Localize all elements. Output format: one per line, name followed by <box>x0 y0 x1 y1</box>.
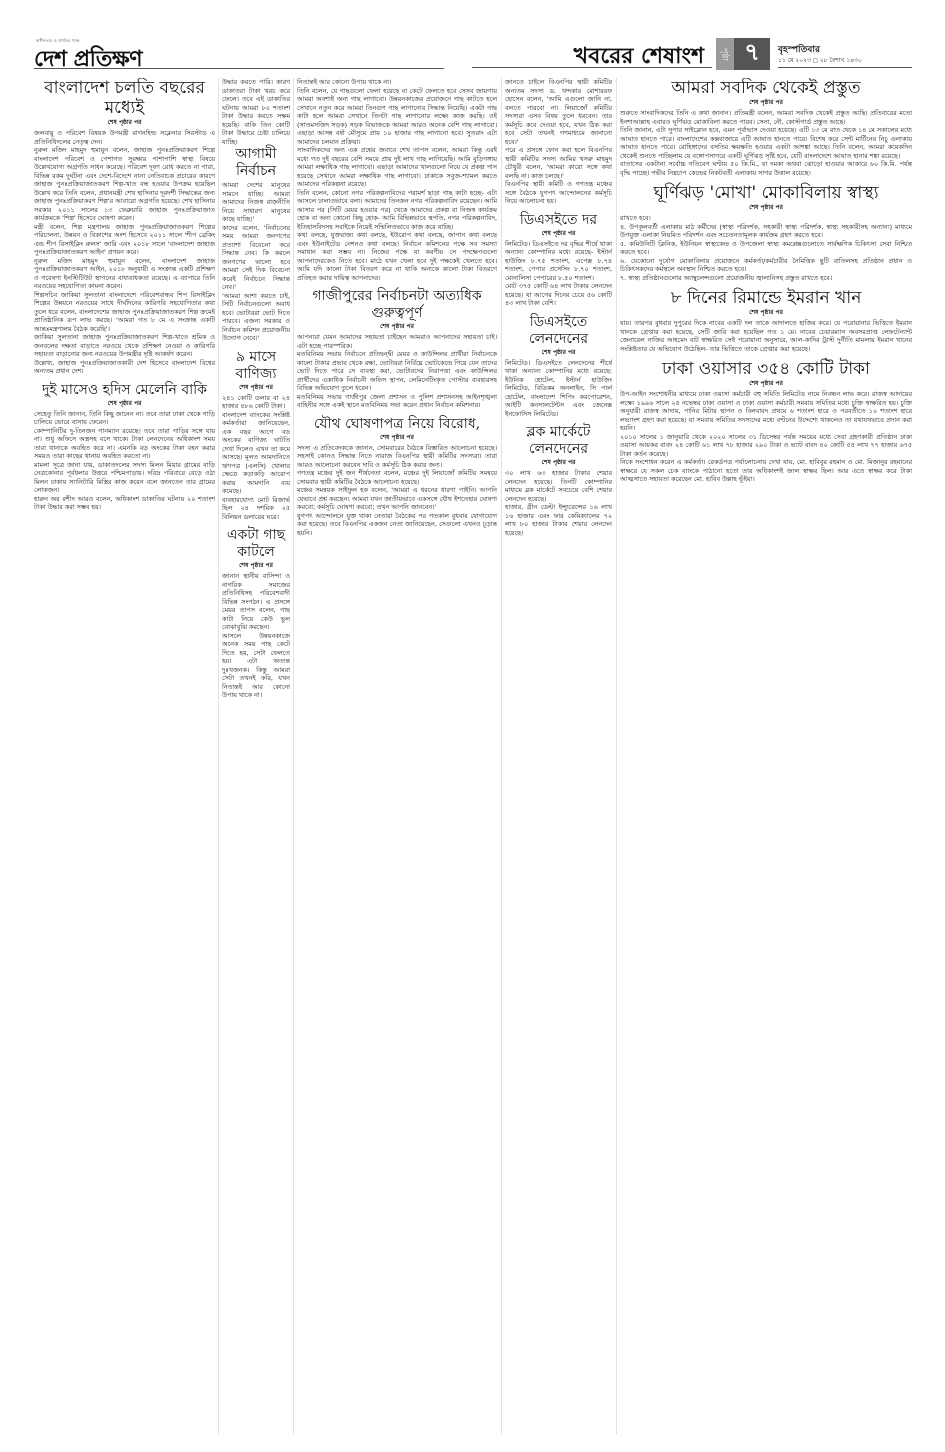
article-two-months: দুই মাসেও হদিস মেলেনি বাকি শেষ পৃষ্ঠার প… <box>34 382 215 512</box>
headline: যৌথ ঘোষণাপত্র নিয়ে বিরোধ, <box>297 416 497 433</box>
headline: দুই মাসেও হদিস মেলেনি বাকি <box>34 382 215 399</box>
paragraph: কথা বলছে, যুক্তরাজ্য কথা বলছে, ইউরোপ কথা… <box>297 231 497 282</box>
paragraph: লিমিটেড। ডিএসইতে দর বৃদ্ধির শীর্ষে থাকা … <box>505 240 612 283</box>
column-5: আমরা সবদিক থেকেই প্রস্তুত শেষ পৃষ্ঠার পর… <box>620 78 912 1434</box>
paragraph: ২৪১ কোটি ডলার বা ২৪ হাজার ৪৮৬ কোটি টাকা। <box>222 394 290 411</box>
headline: ৮ দিনের রিমান্ডে ইমরান খান <box>620 288 912 308</box>
paragraph: ব্যবহারযোগ্য মোট রিজার্ভ ছিল ২৪ দশমিক ২৫… <box>222 496 290 522</box>
paragraph: যায়। তারপর বুধবার দুপুরের দিকে নাবের এক… <box>620 319 912 353</box>
paragraph: কোম্পানিটির দু-তিনজন গানম্যান রয়েছে। তব… <box>34 427 215 461</box>
article-cyclone-health: ঘূর্ণিঝড় 'মোখা' মোকাবিলায় স্বাস্থ্য শে… <box>620 183 912 282</box>
continued-label: শেষ পৃষ্ঠার পর <box>222 384 290 392</box>
paragraph: বাংলাদেশ ব্যাংকের সংশ্লিষ্ট কর্মকর্তারা … <box>222 411 290 496</box>
headline: ডিএসইতে দর <box>505 212 612 229</box>
paragraph: 'আমরা আশা করতে চাই, সিটি নির্বাচনগুলো অব… <box>222 292 290 343</box>
paragraph: বাতাসের একটানা সর্বোচ্চ গতিবেগ ঘণ্টায় ৫… <box>620 160 912 177</box>
column-divider <box>616 78 617 1434</box>
paragraph: ৭. স্বাস্থ্য প্রতিষ্ঠানগুলোর অ্যাম্বুলেন… <box>620 274 912 283</box>
paragraph: উপ-আইন সংশোধনীর মাধ্যমে ঢাকা ওয়াসা কর্ম… <box>620 390 912 433</box>
paragraph: কাদের বলেন, 'নির্বাচনের সময় আমরা জনগণের… <box>222 224 290 292</box>
headline: ডিএসইতে লেনদেনের <box>505 314 612 348</box>
article-tree-cut-continued: নিতান্তই আর কোনো উপায় থাকে না। তিনি বলে… <box>297 78 497 282</box>
paragraph: ২০১০ সালের ১ জানুয়ারি থেকে ২০২০ সালের ৩… <box>620 433 912 459</box>
column-2: উদ্ধার করতে পারি। কারণ ডাকাতরা টাকা খরচ … <box>222 78 290 1434</box>
paragraph: নুরুল মজিদ মাহমুদ হুমায়ুন বলেন, জাহাজ প… <box>34 146 215 223</box>
column-divider <box>218 78 219 1434</box>
paragraph: ৪. উপকূলবর্তী এলাকায় মাঠ কর্মীদের (স্বা… <box>620 223 912 240</box>
article-joint-declaration: যৌথ ঘোষণাপত্র নিয়ে বিরোধ, শেষ পৃষ্ঠার প… <box>297 416 497 538</box>
continued-label: শেষ পৃষ্ঠার পর <box>620 309 912 317</box>
article-gazipur: গাজীপুরের নির্বাচনটা অত্যধিক গুরুত্বপূর্… <box>297 288 497 410</box>
article-imran-khan: ৮ দিনের রিমান্ডে ইমরান খান শেষ পৃষ্ঠার প… <box>620 288 912 353</box>
paragraph: জাকিয়া সুলতানা জাহাজ পুনঃপ্রক্রিয়াজাতক… <box>34 333 215 359</box>
article-committee: জানতে চাইলে বিএনপির স্থায়ী কমিটির অন্যত… <box>505 78 612 206</box>
headline: বাংলাদেশ চলতি বছরের মধ্যেই <box>34 78 215 118</box>
continued-label: শেষ পৃষ্ঠার পর <box>505 459 612 467</box>
headline: ঘূর্ণিঝড় 'মোখা' মোকাবিলায় স্বাস্থ্য <box>620 183 912 203</box>
masthead: স্বাধীনতার ও প্রগতির পক্ষে দেশ প্রতিক্ষণ <box>34 38 444 69</box>
page-label: পৃষ্ঠা <box>716 38 734 70</box>
column-divider <box>501 78 502 1434</box>
continued-label: শেষ পৃষ্ঠার পর <box>620 99 912 107</box>
paragraph: শিল্পসচিব জাকিয়া সুলতানা বাংলাদেশে পরিব… <box>34 291 215 334</box>
headline: ব্লক মার্কেটে লেনদেনের <box>505 424 612 458</box>
section-header: খবরের শেষাংশ পৃষ্ঠা ৭ বৃহস্পতিবার ১১ মে … <box>472 38 912 68</box>
article-wasa: ঢাকা ওয়াসার ৩৫৪ কোটি টাকা শেষ পৃষ্ঠার প… <box>620 359 912 484</box>
continued-label: শেষ পৃষ্ঠার পর <box>505 349 612 357</box>
article-ship-recycling: বাংলাদেশ চলতি বছরের মধ্যেই শেষ পৃষ্ঠার প… <box>34 78 215 376</box>
paragraph: তিনি জানান, এটা সুপার সাইক্লোন হবে, এমন … <box>620 126 912 160</box>
page-number: ৭ <box>734 38 770 70</box>
paragraph: হাজার, গ্রীন ডেল্টা ইন্স্যুরেন্সের ১৬ লা… <box>505 503 612 537</box>
paragraph: ৬. যেকোনো দুর্যোগ মোকাবিলায় প্রয়োজনে ক… <box>620 257 912 274</box>
newspaper-logo: দেশ প্রতিক্ষণ <box>34 42 142 79</box>
paragraph: মন্ত্রী বলেন, শিল্প মন্ত্রণালয় জাহাজ পু… <box>34 223 215 257</box>
article-tree-cut: একটা গাছ কাটলে শেষ পৃষ্ঠার পর জানান স্থা… <box>222 527 290 700</box>
paragraph: সাংবাদিকদের অন্য এক প্রশ্নের জবাবে শেখ ত… <box>297 146 497 189</box>
paragraph: শুরুতে সাংবাদিকদের তিনি এ কথা জানান। প্র… <box>620 109 912 126</box>
paragraph: উদ্ধার করতে পারি। কারণ ডাকাতরা টাকা খরচ … <box>222 78 290 146</box>
paragraph: ৫. কমিউনিটি ক্লিনিক, ইউনিয়ন স্বাস্থ্যকে… <box>620 240 912 257</box>
paragraph: মামলা সূত্রে জানা যায়, ডাকাতদলের সদস্য … <box>34 461 215 495</box>
headline: গাজীপুরের নির্বাচনটা অত্যধিক গুরুত্বপূর্… <box>297 288 497 322</box>
continued-label: শেষ পৃষ্ঠার পর <box>297 323 497 331</box>
paragraph: হারুন অর রশীদ আরও বলেন, অধিকাংশ ডাকাতির … <box>34 495 215 512</box>
paragraph: জলবায়ু ও পরিবেশ বিষয়ক উপমন্ত্রী রাগনহি… <box>34 129 215 146</box>
paragraph: মোট ৩৭৫ কোটি ৬৪ লাখ টাকার লেনদেন হয়েছে।… <box>505 282 612 308</box>
paragraph: রাখতে হবে। <box>620 214 912 223</box>
article-trade: ৯ মাসে বাণিজ্য শেষ পৃষ্ঠার পর ২৪১ কোটি ড… <box>222 349 290 522</box>
continued-label: শেষ পৃষ্ঠার পর <box>297 434 497 442</box>
column-divider <box>293 78 294 1434</box>
paragraph: পরে এ প্রসঙ্গে ফোন করা হলে বিএনপির স্থায… <box>505 146 612 180</box>
continued-label: শেষ পৃষ্ঠার পর <box>620 204 912 212</box>
issue-date: ১১ মে ২০২৩ ◻ ২৮ বৈশাখ ১৪৩০ <box>778 55 862 66</box>
header-rule-left <box>472 67 712 68</box>
paragraph: বিএনপির স্থায়ী কমিটি ও গণতন্ত্র মঞ্চের … <box>505 180 612 206</box>
column-4: জানতে চাইলে বিএনপির স্থায়ী কমিটির অন্যত… <box>505 78 612 1434</box>
paragraph: মঞ্চের সমন্বয়ক সাইফুল হক বলেন, 'আমরা এ … <box>297 486 497 512</box>
paragraph: মতবিনিময় সভায় নির্বাচনে প্রতিদ্বন্দ্বী… <box>297 350 497 393</box>
article-cse: ডিএসইতে লেনদেনের শেষ পৃষ্ঠার পর লিমিটেড।… <box>505 314 612 419</box>
article-prepared: আমরা সবদিক থেকেই প্রস্তুত শেষ পৃষ্ঠার পর… <box>620 78 912 177</box>
headline: ৯ মাসে বাণিজ্য <box>222 349 290 383</box>
paragraph: তিনি বলেন, কোনো নগর পরিকল্পনাবিদের পরামর… <box>297 189 497 232</box>
article-next-election: উদ্ধার করতে পারি। কারণ ডাকাতরা টাকা খরচ … <box>222 78 290 343</box>
paragraph: আমরা দেশের মানুষের সামনে যাচ্ছি। আমরা আম… <box>222 181 290 224</box>
paragraph: তিনি বলেন, যে গাছগুলো ফেলা হয়েছে বা কেট… <box>297 87 497 147</box>
paragraph: উল্লেখ্য, জাহাজ পুনঃপ্রক্রিয়াজাতকারী দে… <box>34 359 215 376</box>
continued-label: শেষ পৃষ্ঠার পর <box>620 380 912 388</box>
paragraph: ৩০ লাখ ৬৩ হাজার টাকার শেয়ার লেনদেন হয়ে… <box>505 469 612 503</box>
continued-label: শেষ পৃষ্ঠার পর <box>505 230 612 238</box>
paragraph: সেহেতু তিনি জানান, তিনি কিছু জানেন না। ত… <box>34 410 215 427</box>
paragraph: যুগপৎ আন্দোলনে যুক্ত থাকা নেতারা বৈঠকের … <box>297 512 497 538</box>
headline: আগামী নির্বাচন <box>222 146 290 180</box>
paragraph: নিকে সংশোধন করেন এ কর্মকর্তা। রেকর্ডপত্র… <box>620 458 912 484</box>
paragraph: আপনারা যেমন আমাদের সহায়তা চাইছেন আমরাও … <box>297 333 497 350</box>
paragraph: লিমিটেড। ডিএসইতে লেনদেনের শীর্ষে থাকা অন… <box>505 359 612 419</box>
header-rule-right <box>778 67 912 68</box>
column-3: নিতান্তই আর কোনো উপায় থাকে না। তিনি বলে… <box>297 78 497 1434</box>
section-title: খবরের শেষাংশ <box>574 39 704 76</box>
paragraph: নিতান্তই আর কোনো উপায় থাকে না। <box>297 78 497 87</box>
paragraph: গণতন্ত্র মঞ্চের দুই জন শীর্ষনেতা বলেন, ম… <box>297 469 497 486</box>
continued-label: শেষ পৃষ্ঠার পর <box>34 400 215 408</box>
paragraph: জানতে চাইলে বিএনপির স্থায়ী কমিটির অন্যত… <box>505 78 612 146</box>
continued-label: শেষ পৃষ্ঠার পর <box>222 562 290 570</box>
paragraph: সদস্য এ প্রতিবেদককে জানান, সোমবারের বৈঠক… <box>297 444 497 470</box>
headline: ঢাকা ওয়াসার ৩৫৪ কোটি টাকা <box>620 359 912 379</box>
continued-label: শেষ পৃষ্ঠার পর <box>34 119 215 127</box>
article-dse: ডিএসইতে দর শেষ পৃষ্ঠার পর লিমিটেড। ডিএসই… <box>505 212 612 308</box>
paragraph: আসলে উন্নয়নকাজে অনেক সময় গাছ কেটে দিতে… <box>222 632 290 700</box>
column-1: বাংলাদেশ চলতি বছরের মধ্যেই শেষ পৃষ্ঠার প… <box>34 78 215 1434</box>
headline: একটা গাছ কাটলে <box>222 527 290 561</box>
paragraph: নুরুল মজিদ মাহমুদ হুমায়ুন বলেন, বাংলাদে… <box>34 257 215 291</box>
paragraph: মতবিনিময় সভায় গাজীপুর জেলা প্রশাসন ও প… <box>297 393 497 410</box>
paragraph: জানান স্থানীয় বাসিন্দা ও নাগরিক সমাজের … <box>222 572 290 632</box>
article-block-market: ব্লক মার্কেটে লেনদেনের শেষ পৃষ্ঠার পর ৩০… <box>505 424 612 537</box>
headline: আমরা সবদিক থেকেই প্রস্তুত <box>620 78 912 98</box>
